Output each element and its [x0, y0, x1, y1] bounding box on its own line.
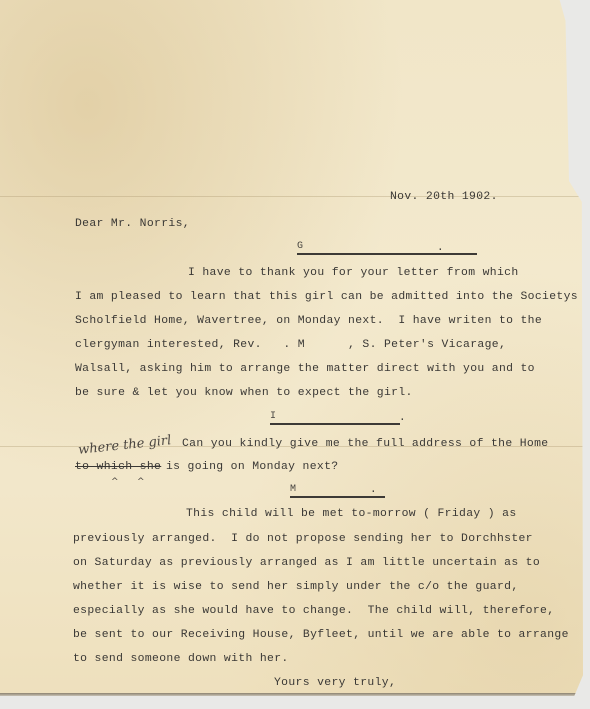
section-initial-m: M — [290, 484, 296, 495]
body-line: Can you kindly give me the full address … — [182, 438, 548, 450]
body-line: be sent to our Receiving House, Byfleet,… — [73, 629, 569, 641]
body-line: is going on Monday next? — [166, 461, 338, 473]
body-line: Scholfield Home, Wavertree, on Monday ne… — [75, 315, 542, 327]
body-line: clergyman interested, Rev. . M , S. Pete… — [75, 339, 506, 351]
closing: Yours very truly, — [274, 677, 396, 689]
letter-page: Nov. 20th 1902. Dear Mr. Norris, G . I h… — [0, 0, 583, 696]
section-dot: . — [399, 412, 406, 424]
body-line: I am pleased to learn that this girl can… — [75, 291, 578, 303]
handwritten-insertion: where the girl — [77, 433, 172, 458]
body-line: whether it is wise to send her simply un… — [73, 581, 519, 593]
body-line: on Saturday as previously arranged as I … — [73, 557, 540, 569]
body-line: previously arranged. I do not propose se… — [73, 533, 533, 545]
section-underline — [270, 423, 400, 425]
struck-text: to which she — [75, 461, 161, 473]
section-initial-i: I — [270, 411, 276, 422]
body-line: especially as she would have to change. … — [73, 605, 554, 617]
section-dot: . — [437, 242, 444, 254]
caret-mark: ^ — [111, 477, 119, 487]
body-line: Walsall, asking him to arrange the matte… — [75, 363, 535, 375]
caret-mark: ^ — [137, 477, 145, 487]
section-underline — [297, 253, 477, 255]
paper-edge — [0, 693, 583, 696]
section-initial-g: G — [297, 241, 303, 252]
body-line: This child will be met to-morrow ( Frida… — [186, 508, 517, 520]
body-line: be sure & let you know when to expect th… — [75, 387, 413, 399]
letter-date: Nov. 20th 1902. — [390, 191, 498, 203]
body-line: to send someone down with her. — [73, 653, 289, 665]
section-dot: . — [370, 484, 377, 496]
salutation: Dear Mr. Norris, — [75, 218, 190, 230]
section-underline — [290, 496, 385, 498]
body-line: I have to thank you for your letter from… — [188, 267, 519, 279]
